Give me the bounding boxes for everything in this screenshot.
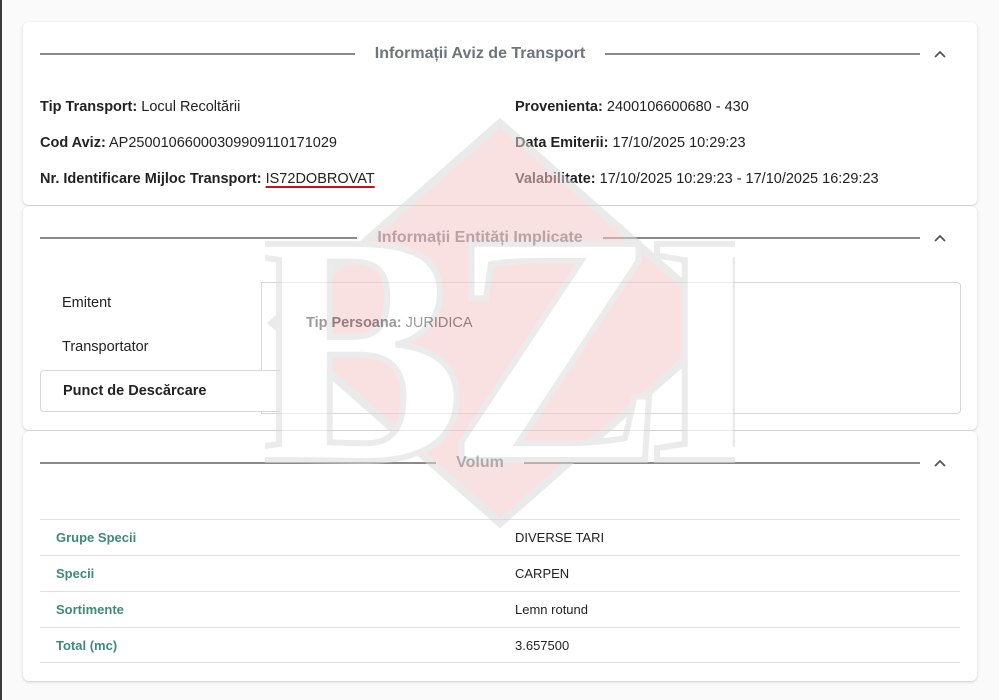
tab-punct-de-descarcare[interactable]: Punct de Descărcare bbox=[40, 370, 280, 412]
chevron-up-icon bbox=[933, 458, 947, 468]
aviz-panel-header: Informații Aviz de Transport bbox=[40, 42, 960, 66]
collapse-aviz-button[interactable] bbox=[920, 42, 960, 66]
row-key: Total (mc) bbox=[40, 638, 515, 653]
window-edge bbox=[0, 0, 2, 700]
tab-label: Emitent bbox=[62, 295, 111, 311]
field-label: Tip Persoana: bbox=[306, 315, 402, 331]
field-value: Locul Recoltării bbox=[141, 99, 240, 115]
row-key: Grupe Specii bbox=[40, 530, 515, 545]
tab-panel-content: Tip Persoana: JURIDICA bbox=[261, 282, 961, 414]
tab-emitent[interactable]: Emitent bbox=[40, 282, 280, 324]
panel-title: Volum bbox=[436, 454, 524, 472]
chevron-up-icon bbox=[933, 233, 947, 243]
field-value: 17/10/2025 10:29:23 - 17/10/2025 16:29:2… bbox=[600, 171, 879, 187]
divider bbox=[40, 237, 357, 239]
tip-persoana-field: Tip Persoana: JURIDICA bbox=[306, 315, 473, 331]
entitati-panel-header: Informații Entități Implicate bbox=[40, 226, 960, 250]
row-value: 3.657500 bbox=[515, 638, 569, 653]
tab-label: Punct de Descărcare bbox=[63, 383, 206, 399]
table-row: Sortimente Lemn rotund bbox=[40, 591, 960, 627]
table-row: Grupe Specii DIVERSE TARI bbox=[40, 519, 960, 555]
row-value: Lemn rotund bbox=[515, 602, 588, 617]
field-value: AP25001066000309909110171029 bbox=[109, 135, 337, 151]
field-value: JURIDICA bbox=[406, 315, 473, 331]
table-row: Total (mc) 3.657500 bbox=[40, 627, 960, 663]
row-value: DIVERSE TARI bbox=[515, 530, 604, 545]
field-value: 17/10/2025 10:29:23 bbox=[613, 135, 746, 151]
chevron-up-icon bbox=[933, 49, 947, 59]
table-row: Specii CARPEN bbox=[40, 555, 960, 591]
row-key: Specii bbox=[40, 566, 515, 581]
field-data-emiterii: Data Emiterii: 17/10/2025 10:29:23 bbox=[515, 135, 746, 151]
field-provenienta: Provenienta: 2400106600680 - 430 bbox=[515, 99, 749, 115]
field-label: Tip Transport: bbox=[40, 99, 137, 115]
field-label: Data Emiterii: bbox=[515, 135, 608, 151]
aviz-transport-panel: Informații Aviz de Transport Tip Transpo… bbox=[23, 22, 977, 205]
divider bbox=[603, 237, 920, 239]
field-nr-identificare: Nr. Identificare Mijloc Transport: IS72D… bbox=[40, 171, 375, 187]
row-value: CARPEN bbox=[515, 566, 569, 581]
tab-label: Transportator bbox=[62, 339, 149, 355]
divider bbox=[524, 462, 920, 464]
volum-panel-header: Volum bbox=[40, 451, 960, 475]
field-label: Valabilitate: bbox=[515, 171, 596, 187]
field-cod-aviz: Cod Aviz: AP25001066000309909110171029 bbox=[40, 135, 337, 151]
field-value: 2400106600680 - 430 bbox=[607, 99, 749, 115]
panel-title: Informații Aviz de Transport bbox=[355, 45, 605, 63]
field-label: Provenienta: bbox=[515, 99, 603, 115]
divider bbox=[605, 53, 920, 55]
tab-transportator[interactable]: Transportator bbox=[40, 326, 280, 368]
field-tip-transport: Tip Transport: Locul Recoltării bbox=[40, 99, 240, 115]
panel-title: Informații Entități Implicate bbox=[357, 229, 602, 247]
entitati-implicate-panel: Informații Entități Implicate Tip Persoa… bbox=[23, 206, 977, 430]
row-key: Sortimente bbox=[40, 602, 515, 617]
collapse-volum-button[interactable] bbox=[920, 451, 960, 475]
collapse-entitati-button[interactable] bbox=[920, 226, 960, 250]
field-valabilitate: Valabilitate: 17/10/2025 10:29:23 - 17/1… bbox=[515, 171, 879, 187]
volum-table: Grupe Specii DIVERSE TARI Specii CARPEN … bbox=[40, 519, 960, 663]
field-label: Cod Aviz: bbox=[40, 135, 106, 151]
field-value: IS72DOBROVAT bbox=[266, 171, 375, 187]
divider bbox=[40, 53, 355, 55]
divider bbox=[40, 462, 436, 464]
volum-panel: Volum Grupe Specii DIVERSE TARI Specii C… bbox=[23, 431, 977, 681]
field-label: Nr. Identificare Mijloc Transport: bbox=[40, 171, 262, 187]
